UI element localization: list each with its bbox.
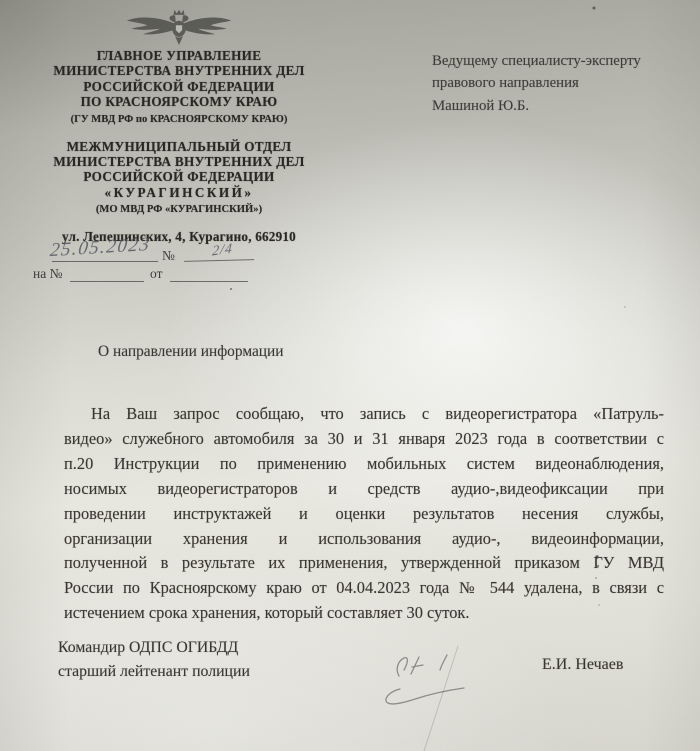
letter-body: На Ваш запрос сообщаю, что запись с виде… [64,402,664,626]
recipient-line: Ведущему специалисту-эксперту [432,50,694,72]
org1-line: МИНИСТЕРСТВА ВНУТРЕННИХ ДЕЛ [22,63,336,78]
signer-post-line: Командир ОДПС ОГИБДД [58,636,250,660]
org1-line: ГЛАВНОЕ УПРАВЛЕНИЕ [22,48,336,63]
org2-abbreviation: (МО МВД РФ «КУРАГИНСКИЙ») [22,203,336,216]
reply-from-label: от [150,266,162,282]
blank-line [52,248,158,262]
scanned-letter-page: ГЛАВНОЕ УПРАВЛЕНИЕ МИНИСТЕРСТВА ВНУТРЕНН… [0,0,700,751]
body-line: России по Красноярскому краю от 04.04.20… [64,576,664,601]
org1-line: РОССИЙСКОЙ ФЕДЕРАЦИИ [22,79,336,94]
org2-line: РОССИЙСКОЙ ФЕДЕРАЦИИ [22,169,336,184]
mvd-eagle-emblem-icon [22,6,336,48]
recipient-line: Машиной Ю.Б. [432,95,694,117]
org2-line: МИНИСТЕРСТВА ВНУТРЕННИХ ДЕЛ [22,154,336,169]
body-line: носимых видеорегистраторов и средств ауд… [64,477,664,502]
org2-name: МЕЖМУНИЦИПАЛЬНЫЙ ОТДЕЛ МИНИСТЕРСТВА ВНУТ… [22,139,336,201]
reply-reference-line: на № от [0,266,360,288]
blank-line [170,268,248,282]
body-line: проведении инструктажей и оценки результ… [64,502,664,527]
signer-post-line: старший лейтенант полиции [58,660,250,684]
body-line: истечением срока хранения, который соста… [64,601,664,626]
org1-abbreviation: (ГУ МВД РФ по КРАСНОЯРСКОМУ КРАЮ) [22,113,336,126]
org2-line: МЕЖМУНИЦИПАЛЬНЫЙ ОТДЕЛ [22,139,336,154]
body-line: На Ваш запрос сообщаю, что запись с виде… [64,402,664,427]
body-line: п.20 Инструкции по применению мобильных … [64,452,664,477]
blank-line [184,246,254,262]
org1-line: ПО КРАСНОЯРСКОМУ КРАЮ [22,94,336,109]
recipient-line: правового направления [432,72,694,94]
org1-name: ГЛАВНОЕ УПРАВЛЕНИЕ МИНИСТЕРСТВА ВНУТРЕНН… [22,48,336,110]
number-sign: № [162,248,175,264]
org-address: ул. Лепешинских, 4, Курагино, 662910 [22,229,336,245]
letterhead: ГЛАВНОЕ УПРАВЛЕНИЕ МИНИСТЕРСТВА ВНУТРЕНН… [22,6,336,245]
signer-name: Е.И. Нечаев [542,656,623,674]
reply-prefix: на № [33,266,62,282]
body-line: организации хранения и использования ауд… [64,527,664,552]
blank-line [70,268,144,282]
signer-post-block: Командир ОДПС ОГИБДД старший лейтенант п… [58,636,250,683]
body-line: видео» служебного автомобиля за 30 и 31 … [64,427,664,452]
subject-line: О направлении информации [98,343,284,361]
recipient-block: Ведущему специалисту-эксперту правового … [432,50,694,117]
org2-line: «КУРАГИНСКИЙ» [22,185,336,200]
body-line: полученной в результате их применения, у… [64,551,664,576]
